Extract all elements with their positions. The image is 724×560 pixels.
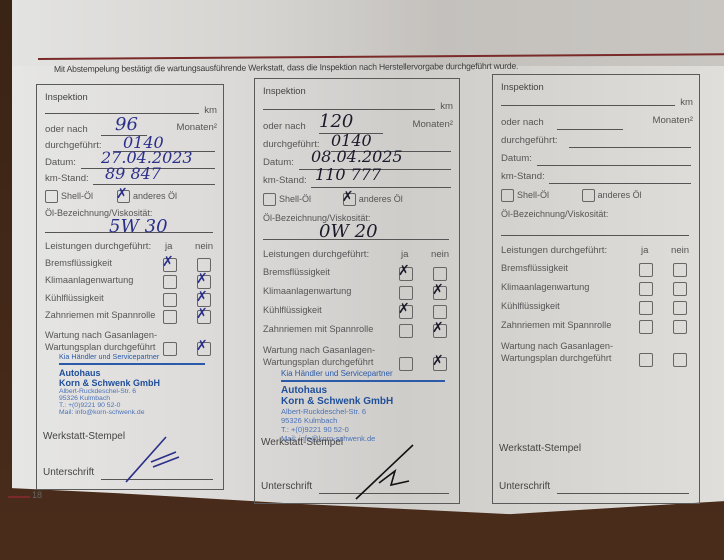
stamp-name1: Autohaus [281,385,445,396]
stamp-name1: Autohaus [59,368,205,378]
date-label: Datum: [501,153,532,164]
oil-viscosity-label: Öl-Bezeichnung/Viskosität: [501,209,608,219]
service-nein-checkbox[interactable] [673,282,687,296]
signature-line[interactable] [557,493,689,494]
stamp-name2: Korn & Schwenk GmbH [281,396,445,407]
service-ja-checkbox[interactable]: ✗ [163,258,177,272]
service-item-label: Wartung nach Gasanlagen- [45,330,157,340]
inspection-card-2: Inspektionkmoder nachMonaten²120durchgef… [254,78,460,504]
date-label: Datum: [45,157,76,168]
service-item-label: Bremsflüssigkeit [501,263,568,273]
check-mark-icon: ✗ [162,255,174,269]
km-label: km [680,97,693,108]
inspection-card-3: Inspektionkmoder nachMonaten²durchgeführ… [492,74,700,504]
service-ja-checkbox[interactable] [639,320,653,334]
service-ja-checkbox[interactable] [399,324,413,338]
odometer-label: km-Stand: [45,173,89,184]
other-oil-checkbox[interactable]: ✗ [117,190,130,203]
check-mark-icon: ✗ [196,272,208,286]
stamp-rule [281,380,445,382]
service-nein-checkbox[interactable] [197,258,211,272]
odometer-line [311,187,451,188]
service-ja-checkbox[interactable] [163,310,177,324]
oil-viscosity-line [501,235,689,236]
service-nein-checkbox[interactable]: ✗ [197,293,211,307]
service-nein-checkbox[interactable]: ✗ [433,286,447,300]
km-label: km [204,105,217,116]
service-item-label: Zahnriemen mit Spannrolle [45,310,155,320]
service-nein-checkbox[interactable] [673,353,687,367]
check-mark-icon: ✗ [196,307,208,321]
service-ja-checkbox[interactable] [639,301,653,315]
check-mark-icon: ✗ [196,339,208,353]
service-nein-checkbox[interactable]: ✗ [197,310,211,324]
card-title: Inspektion [45,91,88,102]
service-ja-checkbox[interactable] [639,263,653,277]
other-oil-checkbox[interactable] [582,189,595,202]
service-nein-checkbox[interactable]: ✗ [197,275,211,289]
stamp-city: 95326 Kulmbach [59,395,205,402]
workshop-stamp-label: Werkstatt-Stempel [499,443,581,454]
odometer-label: km-Stand: [263,175,307,186]
other-oil-label: anderes Öl [359,194,403,204]
check-mark-icon: ✗ [196,290,208,304]
stamp-partner: Kia Händler und Servicepartner [281,369,445,378]
stamp-street: Albert-Ruckdeschel-Str. 6 [281,407,445,416]
dealer-stamp: Kia Händler und ServicepartnerAutohausKo… [59,352,205,416]
check-mark-icon: ✗ [432,321,444,335]
months-label: oder nach [263,121,306,132]
shell-oil-label: Shell-Öl [279,194,311,204]
card-title: Inspektion [501,81,544,92]
stamp-name2: Korn & Schwenk GmbH [59,378,205,388]
km-line [263,109,435,110]
months-unit: Monaten² [412,119,453,130]
shell-oil-checkbox[interactable] [501,189,514,202]
dealer-stamp: Kia Händler und ServicepartnerAutohausKo… [281,369,445,443]
stamp-mail: Mail: info@korn-schwenk.de [59,409,205,416]
workshop-stamp-label: Werkstatt-Stempel [261,437,343,448]
service-item-label: Klimaanlagenwartung [501,282,589,292]
odometer-line [549,183,691,184]
service-ja-checkbox[interactable]: ✗ [399,267,413,281]
shell-oil-checkbox[interactable] [45,190,58,203]
service-item-label: Bremsflüssigkeit [263,267,330,277]
stamp-phone: T.: +(0)9221 90 52-0 [281,425,445,434]
oil-viscosity-value[interactable]: 5W 30 [109,216,168,237]
service-item-label: Kühlflüssigkeit [501,301,560,311]
oil-viscosity-value[interactable]: 0W 20 [319,221,378,242]
months-label: oder nach [501,117,544,128]
no-column-label: nein [195,241,213,252]
months-label: oder nach [45,124,88,135]
service-item-label: Kühlflüssigkeit [45,293,104,303]
service-ja-checkbox[interactable] [399,286,413,300]
service-item-label: Bremsflüssigkeit [45,258,112,268]
date-label: Datum: [263,157,294,168]
shell-oil-label: Shell-Öl [517,190,549,200]
inspection-card-1: Inspektionkmoder nachMonaten²96durchgefü… [36,84,224,490]
service-item-label: Wartungsplan durchgeführt [45,342,155,352]
km-label: km [440,101,453,112]
months-unit: Monaten² [652,115,693,126]
date-value[interactable]: 08.04.2025 [311,147,403,166]
no-column-label: nein [671,245,689,256]
page-number-bar [8,496,30,498]
services-label: Leistungen durchgeführt: [45,241,151,252]
odometer-value[interactable]: 110 777 [315,165,381,184]
check-mark-icon: ✗ [432,283,444,297]
service-nein-checkbox[interactable] [673,263,687,277]
service-ja-checkbox[interactable] [163,293,177,307]
check-mark-icon: ✗ [116,187,128,201]
service-item-label: Klimaanlagenwartung [263,286,351,296]
months-unit: Monaten² [176,122,217,133]
service-ja-checkbox[interactable] [163,275,177,289]
service-item-label: Wartungsplan durchgeführt [501,353,611,363]
services-label: Leistungen durchgeführt: [263,249,369,260]
date-line [537,165,691,166]
odometer-value[interactable]: 89 847 [105,164,161,183]
service-item-label: Zahnriemen mit Spannrolle [263,324,373,334]
service-item-label: Wartung nach Gasanlagen- [501,341,613,351]
workshop-stamp-label: Werkstatt-Stempel [43,431,125,442]
signature-label: Unterschrift [499,481,550,492]
page-number: 18 [32,490,42,500]
km-line [501,105,675,106]
service-ja-checkbox[interactable] [639,353,653,367]
stamp-phone: T.: +(0)9221 90 52-0 [59,402,205,409]
yes-column-label: ja [641,245,648,256]
check-mark-icon: ✗ [432,354,444,368]
service-item-label: Wartungsplan durchgeführt [263,357,373,367]
service-nein-checkbox[interactable] [673,301,687,315]
stamp-city: 95326 Kulmbach [281,416,445,425]
no-column-label: nein [431,249,449,260]
performed-label: durchgeführt: [45,140,102,151]
card-title: Inspektion [263,85,306,96]
service-nein-checkbox[interactable] [673,320,687,334]
odometer-line [93,184,215,185]
service-nein-checkbox[interactable] [433,305,447,319]
signature-scribble [121,427,191,487]
check-mark-icon: ✗ [398,264,410,278]
performed-label: durchgeführt: [501,135,558,146]
signature-label: Unterschrift [261,481,312,492]
yes-column-label: ja [401,249,408,260]
performed-line [569,147,691,148]
service-nein-checkbox[interactable] [433,267,447,281]
other-oil-checkbox[interactable]: ✗ [343,193,356,206]
months-line [557,129,623,130]
service-ja-checkbox[interactable]: ✗ [399,305,413,319]
stamp-street: Albert-Ruckdeschel-Str. 6 [59,388,205,395]
stamp-rule [59,363,205,365]
service-item-label: Zahnriemen mit Spannrolle [501,320,611,330]
signature-scribble [351,441,421,501]
months-value[interactable]: 96 [115,114,138,135]
service-ja-checkbox[interactable] [639,282,653,296]
months-value[interactable]: 120 [319,111,353,132]
service-item-label: Wartung nach Gasanlagen- [263,345,375,355]
check-mark-icon: ✗ [342,190,354,204]
odometer-label: km-Stand: [501,171,545,182]
other-oil-label: anderes Öl [133,191,177,201]
other-oil-label: anderes Öl [598,190,642,200]
check-mark-icon: ✗ [398,302,410,316]
signature-label: Unterschrift [43,467,94,478]
yes-column-label: ja [165,241,172,252]
service-item-label: Klimaanlagenwartung [45,275,133,285]
shell-oil-checkbox[interactable] [263,193,276,206]
services-label: Leistungen durchgeführt: [501,245,607,256]
stamp-partner: Kia Händler und Servicepartner [59,352,205,361]
shell-oil-label: Shell-Öl [61,191,93,201]
service-item-label: Kühlflüssigkeit [263,305,322,315]
service-nein-checkbox[interactable]: ✗ [433,324,447,338]
